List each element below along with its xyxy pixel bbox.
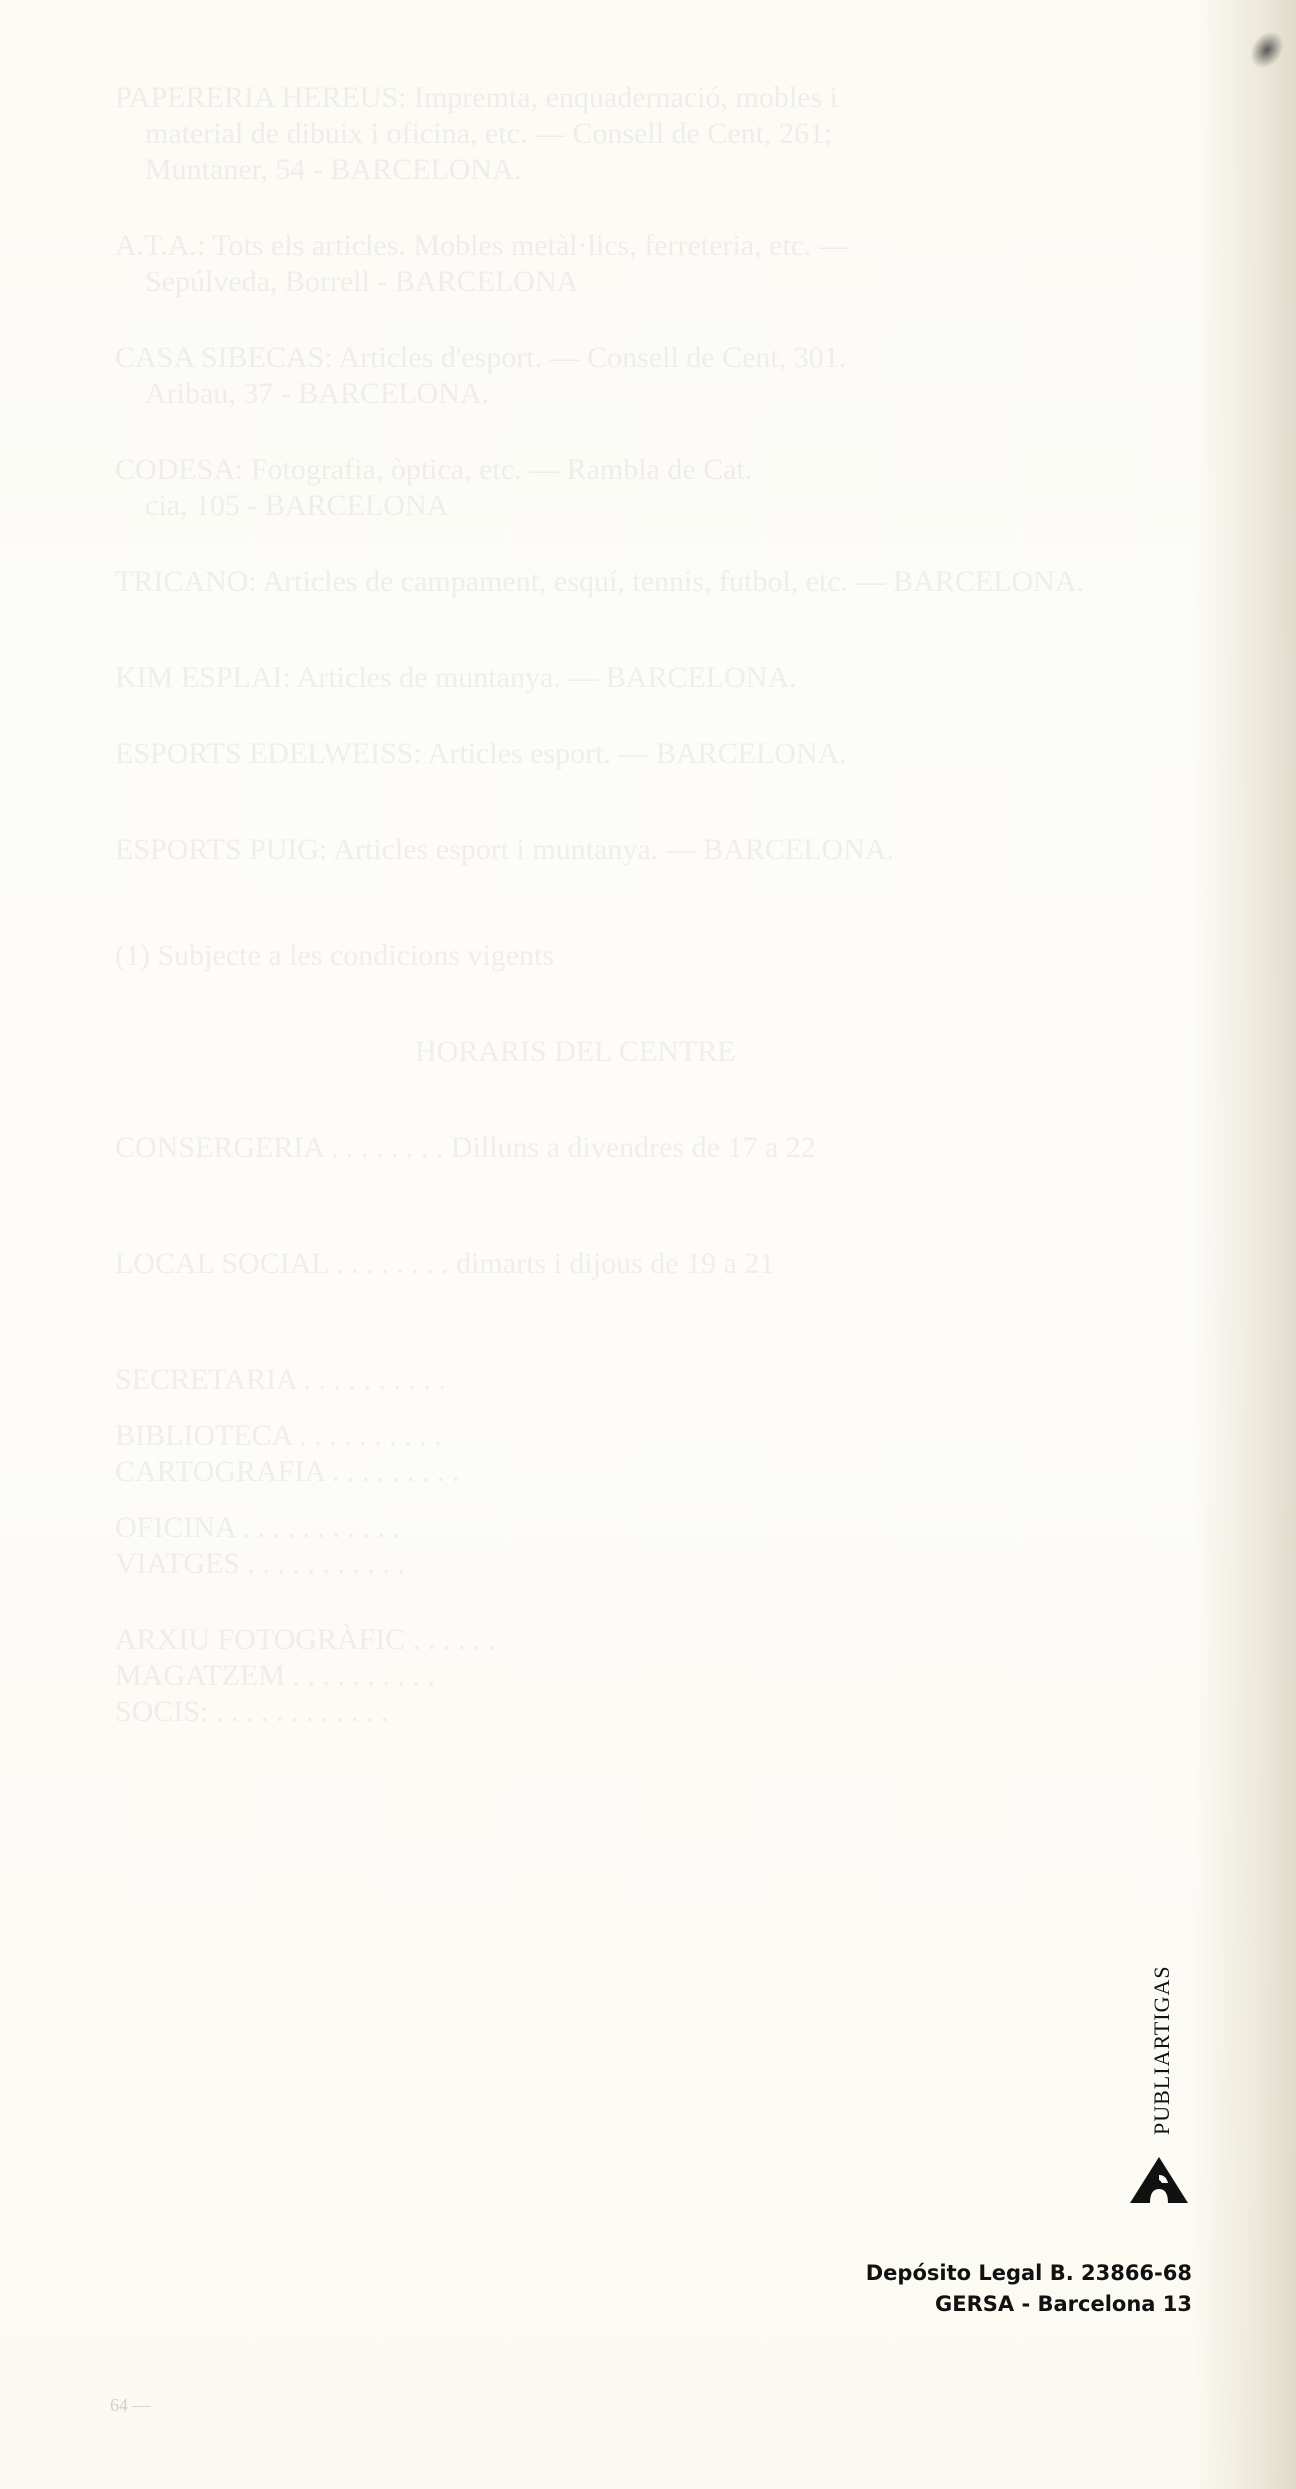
page-number: 64 — [110, 2395, 151, 2416]
publisher-name: PUBLIARTIGAS [1149, 1955, 1175, 2145]
triangle-arch-logo-icon [1128, 2155, 1190, 2205]
publisher-logo: PUBLIARTIGAS [1122, 1955, 1202, 2205]
legal-deposit: Depósito Legal B. 23866-68 [866, 2258, 1192, 2289]
show-through-text: PAPERERIA HEREUS: Impremta, enquadernaci… [115, 80, 1175, 1730]
printer-info: GERSA - Barcelona 13 [866, 2289, 1192, 2320]
colophon: Depósito Legal B. 23866-68 GERSA - Barce… [866, 2258, 1192, 2320]
